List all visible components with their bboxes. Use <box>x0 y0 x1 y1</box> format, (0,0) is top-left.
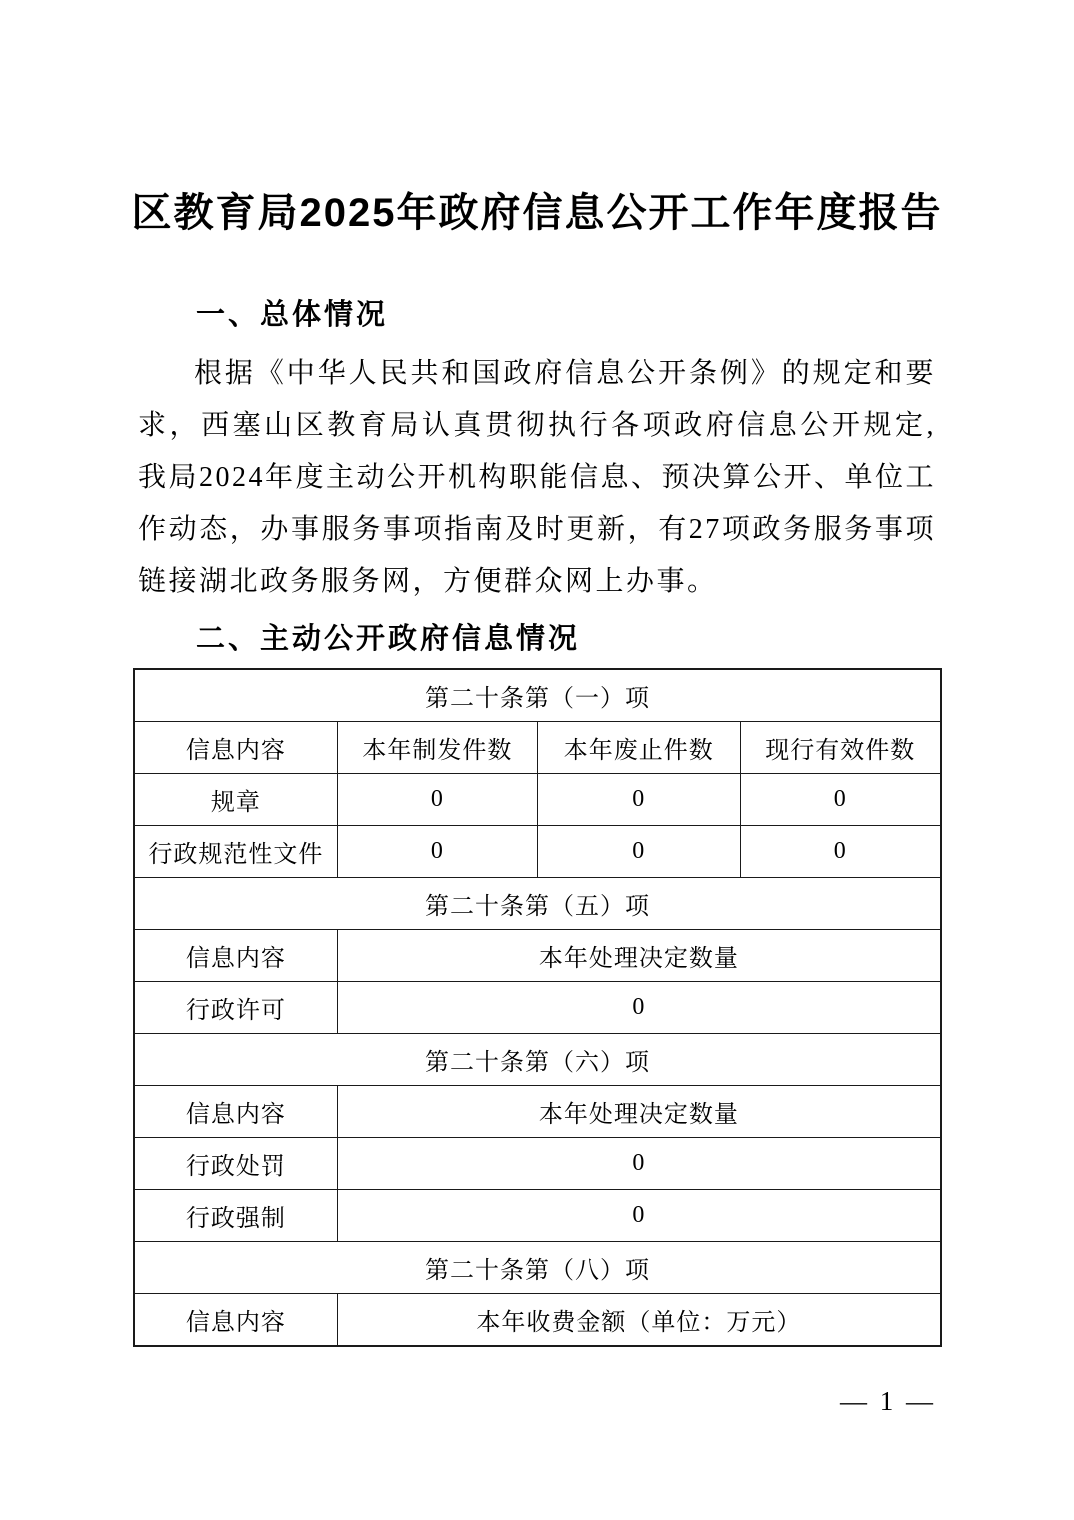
table-section-row: 第二十条第（五）项 <box>134 878 941 930</box>
table-cell: 行政规范性文件 <box>134 826 337 878</box>
table-cell: 0 <box>337 982 941 1034</box>
table-row: 行政处罚0 <box>134 1138 941 1190</box>
document-page: 区教育局2025年政府信息公开工作年度报告 一、总体情况 根据《中华人民共和国政… <box>0 0 1074 1520</box>
disclosure-table: 第二十条第（一）项信息内容本年制发件数本年废止件数现行有效件数规章000行政规范… <box>133 668 942 1347</box>
table-header-cell: 本年处理决定数量 <box>337 1086 941 1138</box>
table-cell: 0 <box>537 774 740 826</box>
section-one-heading: 一、总体情况 <box>196 298 936 332</box>
document-title: 区教育局2025年政府信息公开工作年度报告 <box>70 188 1004 238</box>
table-row: 规章000 <box>134 774 941 826</box>
table-cell: 行政处罚 <box>134 1138 337 1190</box>
table-row: 信息内容本年处理决定数量 <box>134 1086 941 1138</box>
table-cell: 0 <box>537 826 740 878</box>
section-two-heading: 二、主动公开政府信息情况 <box>196 622 936 656</box>
table-header-cell: 现行有效件数 <box>740 722 941 774</box>
table-cell: 行政强制 <box>134 1190 337 1242</box>
table-section-title: 第二十条第（一）项 <box>134 669 941 722</box>
table-row: 信息内容本年收费金额（单位：万元） <box>134 1294 941 1347</box>
table-row: 行政强制0 <box>134 1190 941 1242</box>
table-header-cell: 本年制发件数 <box>337 722 537 774</box>
table-header-cell: 信息内容 <box>134 1294 337 1347</box>
table-header-cell: 本年废止件数 <box>537 722 740 774</box>
table-cell: 0 <box>337 774 537 826</box>
table-section-row: 第二十条第（一）项 <box>134 669 941 722</box>
table-row: 信息内容本年制发件数本年废止件数现行有效件数 <box>134 722 941 774</box>
table-section-row: 第二十条第（八）项 <box>134 1242 941 1294</box>
table-cell: 0 <box>740 826 941 878</box>
table-section-title: 第二十条第（五）项 <box>134 878 941 930</box>
table-header-cell: 信息内容 <box>134 722 337 774</box>
table-header-cell: 信息内容 <box>134 930 337 982</box>
table-section-row: 第二十条第（六）项 <box>134 1034 941 1086</box>
table-section-title: 第二十条第（六）项 <box>134 1034 941 1086</box>
section-one-paragraph: 根据《中华人民共和国政府信息公开条例》的规定和要求，西塞山区教育局认真贯彻执行各… <box>138 348 936 608</box>
table-cell: 0 <box>740 774 941 826</box>
table-cell: 0 <box>337 826 537 878</box>
table-cell: 行政许可 <box>134 982 337 1034</box>
table-cell: 0 <box>337 1138 941 1190</box>
table-header-cell: 本年收费金额（单位：万元） <box>337 1294 941 1347</box>
table-row: 行政规范性文件000 <box>134 826 941 878</box>
table-row: 信息内容本年处理决定数量 <box>134 930 941 982</box>
table-header-cell: 信息内容 <box>134 1086 337 1138</box>
table-row: 行政许可0 <box>134 982 941 1034</box>
table-header-cell: 本年处理决定数量 <box>337 930 941 982</box>
table-cell: 0 <box>337 1190 941 1242</box>
page-number: — 1 — <box>840 1386 936 1417</box>
table-cell: 规章 <box>134 774 337 826</box>
table-section-title: 第二十条第（八）项 <box>134 1242 941 1294</box>
